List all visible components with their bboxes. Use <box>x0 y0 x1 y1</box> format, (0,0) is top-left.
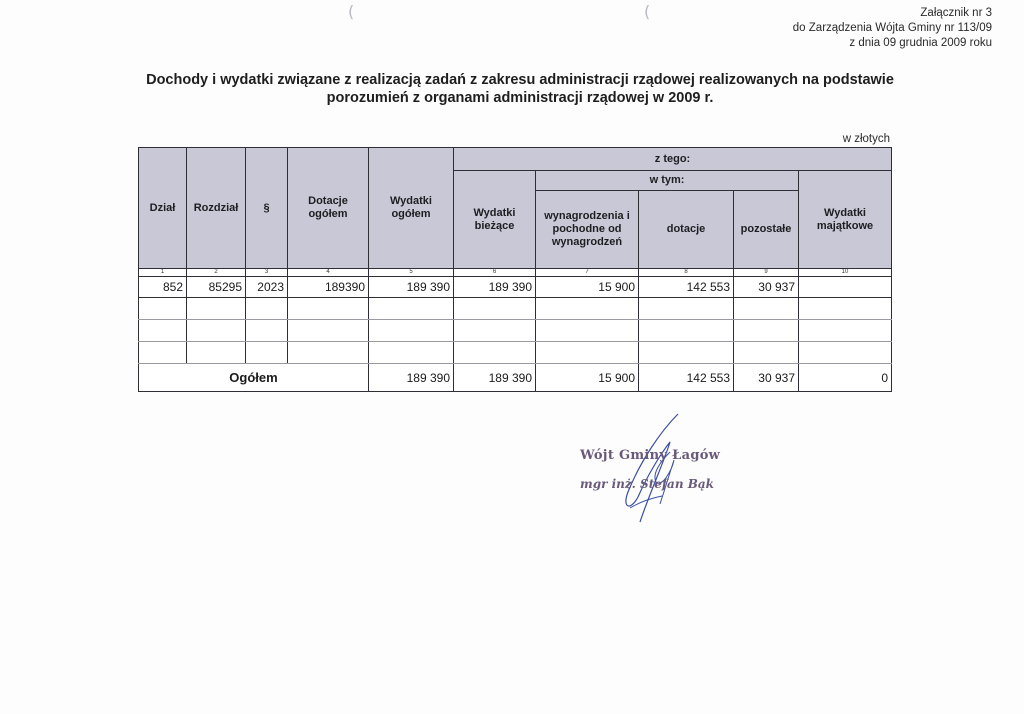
header-w-tym: w tym: <box>536 171 799 191</box>
document-title: Dochody i wydatki związane z realizacją … <box>140 71 900 107</box>
header-wynagrodzenia: wynagrodzenia i pochodne od wynagrodzeń <box>536 191 639 269</box>
annex-line: z dnia 09 grudnia 2009 roku <box>793 36 992 51</box>
table-cell: 30 937 <box>734 277 799 298</box>
table-cell: 189 390 <box>454 277 536 298</box>
header-pozostale: pozostałe <box>734 191 799 269</box>
header-dzial: Dział <box>139 148 187 269</box>
total-cell: 30 937 <box>734 364 799 392</box>
stamp-title: Wójt Gminy Łagów <box>580 448 720 463</box>
column-number-row: 12345678910 <box>139 269 892 277</box>
header-dotacje-ogolem: Dotacje ogółem <box>288 148 369 269</box>
table-cell <box>369 298 454 320</box>
table-cell: 2023 <box>246 277 288 298</box>
table-cell <box>246 298 288 320</box>
table-cell <box>288 320 369 342</box>
table-row <box>139 298 892 320</box>
table-row: 852852952023189390189 390189 39015 90014… <box>139 277 892 298</box>
scan-artifact: ( <box>644 2 650 21</box>
table-cell <box>734 320 799 342</box>
table-cell: 142 553 <box>639 277 734 298</box>
table-cell <box>536 320 639 342</box>
column-number: 3 <box>246 269 288 277</box>
total-cell: 189 390 <box>454 364 536 392</box>
title-line: porozumień z organami administracji rząd… <box>140 89 900 107</box>
table-cell <box>246 320 288 342</box>
stamp-name: mgr inż. Stefan Bąk <box>580 477 720 491</box>
table-cell <box>288 342 369 364</box>
column-number: 6 <box>454 269 536 277</box>
total-cell: 189 390 <box>369 364 454 392</box>
table-cell: 15 900 <box>536 277 639 298</box>
table-cell <box>288 298 369 320</box>
table-row <box>139 320 892 342</box>
title-line: Dochody i wydatki związane z realizacją … <box>140 71 900 89</box>
header-paragraf: § <box>246 148 288 269</box>
table-cell <box>454 298 536 320</box>
total-cell: 0 <box>799 364 892 392</box>
table-cell <box>799 320 892 342</box>
table-cell: 852 <box>139 277 187 298</box>
table-cell <box>536 342 639 364</box>
header-dotacje: dotacje <box>639 191 734 269</box>
scan-artifact: ( <box>348 2 354 21</box>
annex-line: do Zarządzenia Wójta Gminy nr 113/09 <box>793 21 992 36</box>
header-z-tego: z tego: <box>454 148 892 171</box>
total-row: Ogółem 189 390189 39015 900142 55330 937… <box>139 364 892 392</box>
table-cell <box>187 298 246 320</box>
column-number: 1 <box>139 269 187 277</box>
table-cell <box>639 320 734 342</box>
table-cell <box>369 342 454 364</box>
table-cell <box>454 320 536 342</box>
table-cell <box>139 298 187 320</box>
table-cell <box>639 342 734 364</box>
column-number: 7 <box>536 269 639 277</box>
annex-line: Załącznik nr 3 <box>793 6 992 21</box>
table-cell <box>454 342 536 364</box>
total-cell: 15 900 <box>536 364 639 392</box>
table-cell: 189 390 <box>369 277 454 298</box>
header-wydatki-biezace: Wydatki bieżące <box>454 171 536 269</box>
table-cell <box>734 298 799 320</box>
currency-unit-note: w złotych <box>820 133 890 145</box>
table-cell <box>734 342 799 364</box>
table-cell <box>799 342 892 364</box>
table-cell <box>187 342 246 364</box>
column-number: 10 <box>799 269 892 277</box>
column-number: 2 <box>187 269 246 277</box>
table-cell <box>639 298 734 320</box>
table-row <box>139 342 892 364</box>
header-rozdzial: Rozdział <box>187 148 246 269</box>
table-cell <box>187 320 246 342</box>
column-number: 9 <box>734 269 799 277</box>
table-cell <box>799 277 892 298</box>
column-number: 4 <box>288 269 369 277</box>
table-cell: 189390 <box>288 277 369 298</box>
column-number: 8 <box>639 269 734 277</box>
table-cell <box>246 342 288 364</box>
total-label: Ogółem <box>139 364 369 392</box>
header-wydatki-majatkowe: Wydatki majątkowe <box>799 171 892 269</box>
official-stamp: Wójt Gminy Łagów mgr inż. Stefan Bąk <box>580 448 720 491</box>
column-number: 5 <box>369 269 454 277</box>
table-cell <box>139 320 187 342</box>
header-wydatki-ogolem: Wydatki ogółem <box>369 148 454 269</box>
table-cell: 85295 <box>187 277 246 298</box>
table-cell <box>369 320 454 342</box>
table-cell <box>799 298 892 320</box>
total-cell: 142 553 <box>639 364 734 392</box>
table-cell <box>536 298 639 320</box>
table-cell <box>139 342 187 364</box>
budget-table: Dział Rozdział § Dotacje ogółem Wydatki … <box>138 147 892 392</box>
annex-reference: Załącznik nr 3 do Zarządzenia Wójta Gmin… <box>793 6 992 51</box>
